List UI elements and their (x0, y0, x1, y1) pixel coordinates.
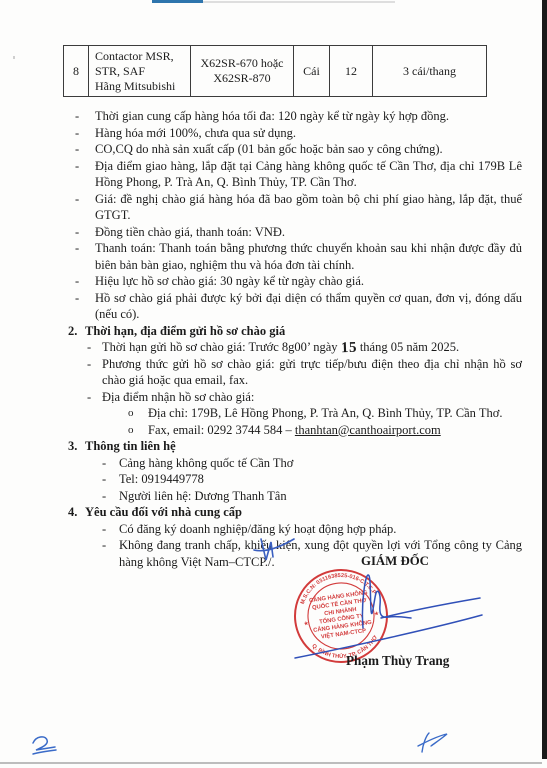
bullet-item: - Phương thức gửi hồ sơ chào giá: gửi tr… (66, 356, 522, 389)
handwritten-day: 15 (340, 340, 357, 357)
ink-mark-bottom-left (28, 733, 62, 759)
scan-artifact-gray-line (203, 1, 395, 3)
dash-marker: - (102, 537, 119, 570)
table-cell-unit: Cái (293, 46, 329, 96)
table-cell-model: X62SR-670 hoặc X62SR-870 (190, 46, 293, 96)
dash-marker: - (75, 141, 95, 158)
dash-marker: - (87, 356, 102, 389)
signatory-name: Phạm Thùy Trang (346, 653, 449, 669)
scanned-document-page: 8 Contactor MSR, STR, SAF Hãng Mitsubish… (0, 0, 547, 768)
bullet-item: - Người liên hệ: Dương Thanh Tân (66, 488, 522, 505)
bullet-item: - Hàng hóa mới 100%, chưa qua sử dụng. (66, 125, 522, 142)
bullet-item: - Tel: 0919449778 (66, 471, 522, 488)
dash-marker: - (75, 108, 95, 125)
dash-marker: - (87, 339, 102, 356)
document-body: - Thời gian cung cấp hàng hóa tối đa: 12… (66, 108, 522, 570)
bullet-item: - CO,CQ do nhà sản xuất cấp (01 bản gốc … (66, 141, 522, 158)
dash-marker: - (102, 488, 119, 505)
bullet-item: - Đồng tiền chào giá, thanh toán: VNĐ. (66, 224, 522, 241)
dash-marker: - (75, 240, 95, 273)
email-link[interactable]: thanhtan@canthoairport.com (295, 423, 441, 437)
dash-marker: - (75, 224, 95, 241)
dash-marker: - (87, 389, 102, 406)
dash-marker: - (75, 273, 95, 290)
dash-marker: - (102, 471, 119, 488)
bullet-item: - Hồ sơ chào giá phải được ký bởi đại di… (66, 290, 522, 323)
dash-marker: - (102, 521, 119, 538)
dash-marker: - (75, 125, 95, 142)
section-heading-4: 4. Yêu cầu đối với nhà cung cấp (66, 504, 522, 521)
dash-marker: - (75, 158, 95, 191)
scan-speck (13, 56, 15, 59)
bullet-item: - Hiệu lực hồ sơ chào giá: 30 ngày kể từ… (66, 273, 522, 290)
bullet-deadline: - Thời hạn gửi hồ sơ chào giá: Trước 8g0… (66, 339, 522, 356)
deadline-text: Thời hạn gửi hồ sơ chào giá: Trước 8g00’… (102, 340, 341, 354)
dash-marker: - (75, 290, 95, 323)
circle-marker: o (128, 405, 148, 422)
ink-mark-bottom-right (410, 730, 450, 756)
scan-edge-bottom (0, 762, 542, 764)
scan-artifact-blue-bar (152, 0, 203, 3)
table-cell-item-no: 8 (64, 46, 88, 96)
dash-marker: - (102, 455, 119, 472)
sub-bullet-address: o Địa chỉ: 179B, Lê Hồng Phong, P. Trà A… (66, 405, 522, 422)
sub-bullet-fax-email: o Fax, email: 0292 3744 584 – thanhtan@c… (66, 422, 522, 439)
bullet-item: - Thanh toán: Thanh toán bằng phương thứ… (66, 240, 522, 273)
fax-text: Fax, email: 0292 3744 584 – (148, 423, 295, 437)
table-cell-note: 3 cái/thang (372, 46, 486, 96)
scan-edge-right (542, 0, 547, 759)
bullet-item: - Giá: đề nghị chào giá hàng hóa đã bao … (66, 191, 522, 224)
table-cell-description: Contactor MSR, STR, SAF Hãng Mitsubishi (88, 46, 190, 96)
section-heading-2: 2. Thời hạn, địa điểm gửi hồ sơ chào giá (66, 323, 522, 340)
bullet-item: - Địa điểm giao hàng, lắp đặt tại Cảng h… (66, 158, 522, 191)
circle-marker: o (128, 422, 148, 439)
dash-marker: - (75, 191, 95, 224)
bullet-item: - Địa điểm nhận hồ sơ chào giá: (66, 389, 522, 406)
item-table: 8 Contactor MSR, STR, SAF Hãng Mitsubish… (63, 45, 487, 97)
bullet-item: - Cảng hàng không quốc tế Cần Thơ (66, 455, 522, 472)
deadline-text-suffix: tháng 05 năm 2025. (357, 340, 459, 354)
section-heading-3: 3. Thông tin liên hệ (66, 438, 522, 455)
bullet-item: - Thời gian cung cấp hàng hóa tối đa: 12… (66, 108, 522, 125)
table-cell-quantity: 12 (329, 46, 372, 96)
